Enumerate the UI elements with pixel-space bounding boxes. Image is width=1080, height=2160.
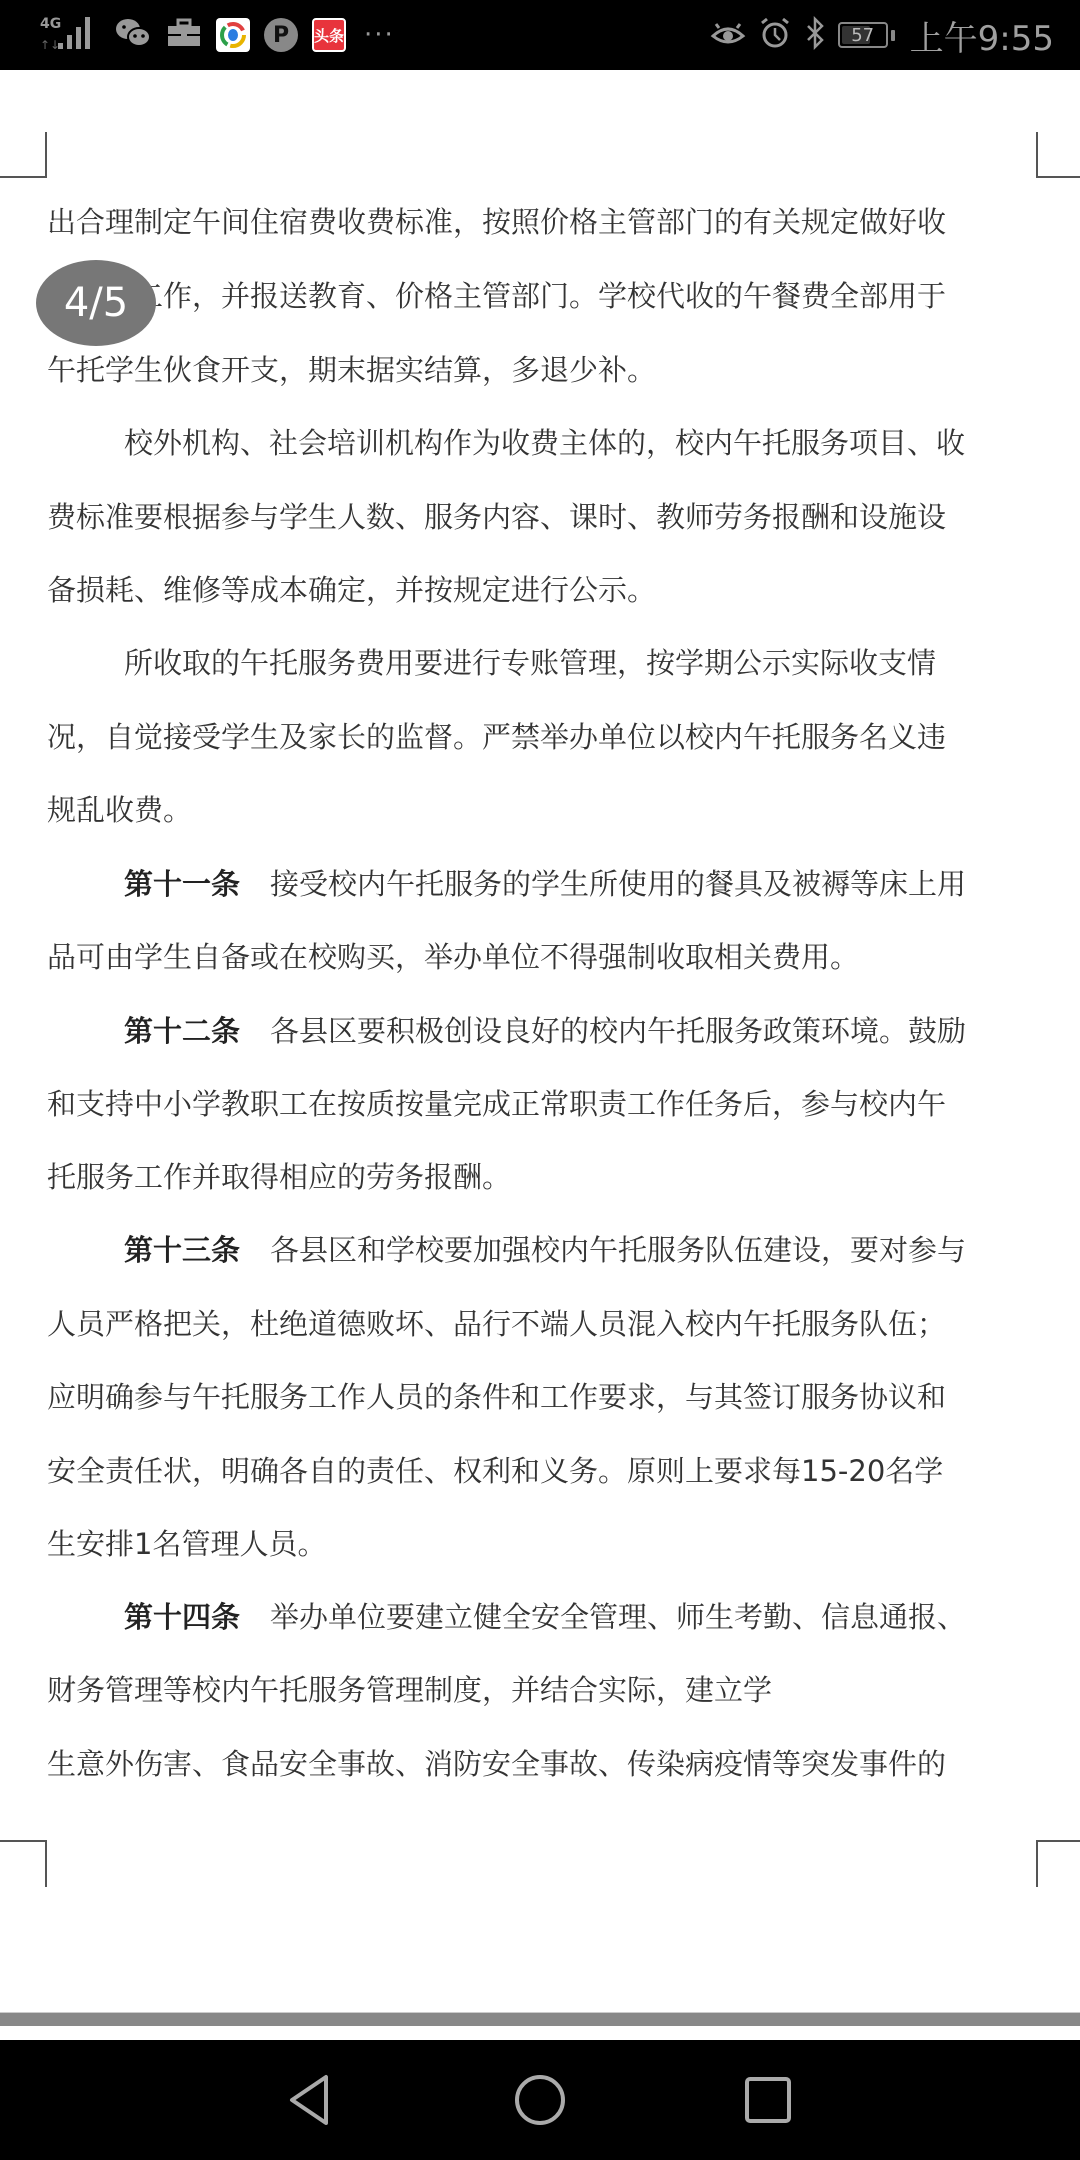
article-text: 各县区和学校要加强校内午托服务队伍建设，要对参与 [270, 1233, 966, 1267]
text-line: 品可由学生自备或在校购买，举办单位不得强制收取相关费用。 [47, 937, 859, 977]
eye-icon [710, 18, 746, 52]
text-line: 费公示工作，并报送教育、价格主管部门。学校代收的午餐费全部用于 [47, 276, 946, 316]
article-line: 第十二条各县区要积极创设良好的校内午托服务政策环境。鼓励 [47, 1011, 966, 1051]
text-line: 财务管理等校内午托服务管理制度，并结合实际，建立学 [47, 1670, 772, 1710]
home-button[interactable] [510, 2070, 570, 2130]
article-number: 第十一条 [124, 867, 240, 901]
wechat-icon [114, 16, 152, 54]
text-line: 生安排1名管理人员。 [47, 1524, 326, 1564]
text-line: 出合理制定午间住宿费收费标准，按照价格主管部门的有关规定做好收 [47, 202, 946, 242]
svg-text:↑↓: ↑↓ [40, 38, 60, 52]
clock: 上午9:55 [910, 11, 1054, 60]
svg-text:4G: 4G [40, 16, 61, 32]
text-line: 托服务工作并取得相应的劳务报酬。 [47, 1157, 511, 1197]
p-icon: P [264, 18, 298, 52]
article-line: 第十三条各县区和学校要加强校内午托服务队伍建设，要对参与 [47, 1230, 966, 1270]
text-line: 生意外伤害、食品安全事故、消防安全事故、传染病疫情等突发事件的 [47, 1744, 946, 1784]
qq-browser-icon [216, 18, 250, 52]
text-line: 备损耗、维修等成本确定，并按规定进行公示。 [47, 570, 656, 610]
toutiao-icon: 头条 [312, 18, 346, 52]
page-corner-mark-top-right [1036, 132, 1080, 178]
text-line: 人员严格把关，杜绝道德败坏、品行不端人员混入校内午托服务队伍； [47, 1304, 946, 1344]
back-icon [288, 2073, 332, 2127]
battery-icon: 57 [838, 22, 888, 48]
page-indicator: 4/5 [36, 260, 156, 346]
text-line: 费标准要根据参与学生人数、服务内容、课时、教师劳务报酬和设施设 [47, 497, 946, 537]
recents-icon [743, 2075, 793, 2125]
recents-button[interactable] [738, 2070, 798, 2130]
text-line: 和支持中小学教职工在按质按量完成正常职责工作任务后，参与校内午 [47, 1084, 946, 1124]
page-corner-mark-bottom-left [0, 1840, 47, 1887]
article-text: 举办单位要建立健全安全管理、师生考勤、信息通报、 [270, 1600, 966, 1634]
text-line: 午托学生伙食开支，期末据实结算，多退少补。 [47, 350, 656, 390]
article-line: 第十一条接受校内午托服务的学生所使用的餐具及被褥等床上用 [47, 864, 966, 904]
status-right: 57 上午9:55 [710, 14, 1054, 56]
scroll-progress-bar [0, 2012, 1080, 2026]
page-corner-mark-top-left [0, 132, 47, 178]
text-line: 应明确参与午托服务工作人员的条件和工作要求，与其签订服务协议和 [47, 1377, 946, 1417]
text-line: 安全责任状，明确各自的责任、权利和义务。原则上要求每15-20名学 [47, 1451, 943, 1491]
article-number: 第十三条 [124, 1233, 240, 1267]
article-line: 第十四条举办单位要建立健全安全管理、师生考勤、信息通报、 [47, 1597, 966, 1637]
navigation-bar [0, 2040, 1080, 2160]
alarm-icon [758, 16, 792, 54]
bluetooth-icon [804, 16, 826, 54]
home-icon [513, 2073, 567, 2127]
page-corner-mark-bottom-right [1036, 1840, 1080, 1887]
article-text: 接受校内午托服务的学生所使用的餐具及被褥等床上用 [270, 867, 966, 901]
article-number: 第十二条 [124, 1014, 240, 1048]
text-line: 校外机构、社会培训机构作为收费主体的，校内午托服务项目、收 [47, 423, 965, 463]
signal-icon: 4G ↑↓ [40, 13, 100, 57]
text-line: 规乱收费。 [47, 790, 192, 830]
article-number: 第十四条 [124, 1600, 240, 1634]
text-line: 所收取的午托服务费用要进行专账管理，按学期公示实际收支情 [47, 643, 936, 683]
back-button[interactable] [280, 2070, 340, 2130]
status-bar: 4G ↑↓ [0, 0, 1080, 70]
status-left: 4G ↑↓ [40, 14, 395, 56]
battery-level: 57 [851, 25, 874, 46]
text-line: 况，自觉接受学生及家长的监督。严禁举办单位以校内午托服务名义违 [47, 717, 946, 757]
article-text: 各县区要积极创设良好的校内午托服务政策环境。鼓励 [270, 1014, 966, 1048]
document-viewer[interactable]: 出合理制定午间住宿费收费标准，按照价格主管部门的有关规定做好收 费公示工作，并报… [0, 70, 1080, 2040]
briefcase-icon [166, 17, 202, 53]
more-icon: ··· [364, 20, 395, 50]
